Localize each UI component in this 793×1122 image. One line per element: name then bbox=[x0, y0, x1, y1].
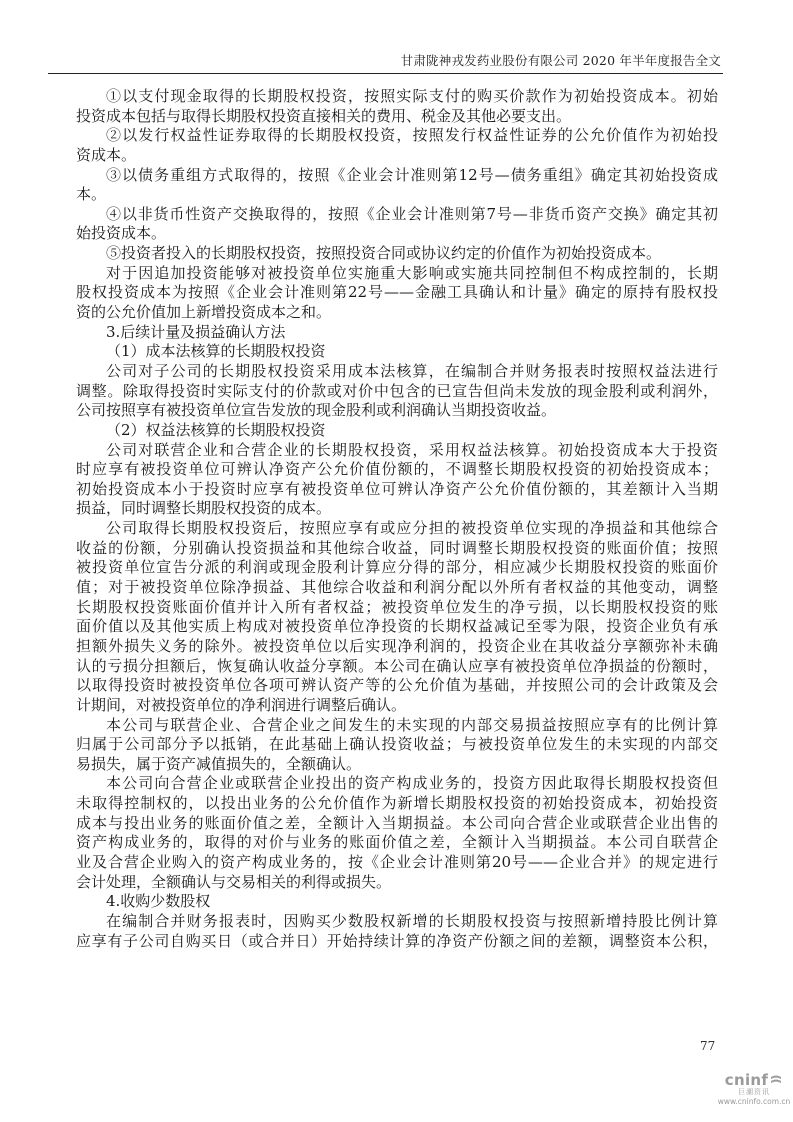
text-line: 以取得投资时被投资单位各项可辨认资产等的公允价值为基础，并按照公司的会计政策及会 bbox=[76, 676, 718, 696]
text-line: 归属于公司部分予以抵销，在此基础上确认投资收益；与被投资单位发生的未实现的内部交 bbox=[76, 735, 718, 755]
text-line: 收益的份额，分别确认投资损益和其他综合收益，同时调整长期股权投资的账面价值；按照 bbox=[76, 539, 718, 559]
text-line: 资产构成业务的，取得的对价与业务的账面价值之差，全额计入当期损益。本公司自联营企 bbox=[76, 833, 718, 853]
text-line: 在编制合并财务报表时，因购买少数股权新增的长期股权投资与按照新增持股比例计算 bbox=[76, 912, 718, 932]
text-line: 本公司与联营企业、合营企业之间发生的未实现的内部交易损益按照应享有的比例计算 bbox=[76, 716, 718, 736]
text-line: 认的亏损分担额后，恢复确认收益分享额。本公司在确认应享有被投资单位净损益的份额时… bbox=[76, 657, 718, 677]
text-line: 时应享有被投资单位可辨认净资产公允价值份额的，不调整长期股权投资的初始投资成本； bbox=[76, 460, 718, 480]
text-line: 3.后续计量及损益确认方法 bbox=[76, 323, 718, 343]
text-line: 面价值以及其他实质上构成对被投资单位净投资的长期权益减记至零为限，投资企业负有承 bbox=[76, 617, 718, 637]
page-header: 甘肃陇神戎发药业股份有限公司 2020 年半年度报告全文 bbox=[48, 49, 723, 74]
text-line: （1）成本法核算的长期股权投资 bbox=[76, 342, 718, 362]
text-line: 资的公允价值加上新增投资成本之和。 bbox=[76, 303, 718, 323]
text-line: 公司对联营企业和合营企业的长期股权投资，采用权益法核算。初始投资成本大于投资 bbox=[76, 441, 718, 461]
text-line: 值；对于被投资单位除净损益、其他综合收益和利润分配以外所有者权益的其他变动，调整 bbox=[76, 578, 718, 598]
page-number: 77 bbox=[700, 1039, 715, 1053]
cninfo-logo-icon bbox=[769, 1073, 783, 1085]
text-line: ③以债务重组方式取得的，按照《企业会计准则第12号—债务重组》确定其初始投资成 bbox=[76, 166, 718, 186]
text-line: ②以发行权益性证券取得的长期股权投资，按照发行权益性证券的公允价值作为初始投 bbox=[76, 126, 718, 146]
document-body: ①以支付现金取得的长期股权投资，按照实际支付的购买价款作为初始投资成本。初始投资… bbox=[76, 87, 718, 951]
text-line: 易损失，属于资产减值损失的，全额确认。 bbox=[76, 755, 718, 775]
text-line: 业及合营企业购入的资产构成业务的，按《企业会计准则第20号——企业合并》的规定进… bbox=[76, 853, 718, 873]
text-line: 公司对子公司的长期股权投资采用成本法核算，在编制合并财务报表时按照权益法进行 bbox=[76, 362, 718, 382]
text-line: 未取得控制权的，以投出业务的公允价值作为新增长期股权投资的初始投资成本，初始投资 bbox=[76, 794, 718, 814]
text-line: 损益，同时调整长期股权投资的成本。 bbox=[76, 499, 718, 519]
text-line: 被投资单位宣告分派的利润或现金股利计算应分得的部分，相应减少长期股权投资的账面价 bbox=[76, 558, 718, 578]
text-line: 成本与投出业务的账面价值之差，全额计入当期损益。本公司向合营企业或联营企业出售的 bbox=[76, 814, 718, 834]
cninfo-watermark: cninf 巨潮资讯 www.cninfo.com.cn bbox=[712, 1072, 793, 1107]
report-title: 甘肃陇神戎发药业股份有限公司 2020 年半年度报告全文 bbox=[401, 51, 721, 69]
text-line: （2）权益法核算的长期股权投资 bbox=[76, 421, 718, 441]
text-line: ⑤投资者投入的长期股权投资，按照投资合同或协议约定的价值作为初始投资成本。 bbox=[76, 244, 718, 264]
text-line: 股权投资成本为按照《企业会计准则第22号——金融工具确认和计量》确定的原持有股权… bbox=[76, 283, 718, 303]
text-line: ①以支付现金取得的长期股权投资，按照实际支付的购买价款作为初始投资成本。初始 bbox=[76, 87, 718, 107]
text-line: 计期间，对被投资单位的净利润进行调整后确认。 bbox=[76, 696, 718, 716]
cninfo-chinese-name: 巨潮资讯 bbox=[712, 1088, 793, 1097]
text-line: 4.收购少数股权 bbox=[76, 892, 718, 912]
text-line: 公司取得长期股权投资后，按照应享有或应分担的被投资单位实现的净损益和其他综合 bbox=[76, 519, 718, 539]
cninfo-url: www.cninfo.com.cn bbox=[712, 1097, 793, 1107]
text-line: 资成本。 bbox=[76, 146, 718, 166]
cninfo-logo: cninf bbox=[712, 1072, 793, 1088]
text-line: 应享有子公司自购买日（或合并日）开始持续计算的净资产份额之间的差额，调整资本公积… bbox=[76, 932, 718, 952]
text-line: 投资成本包括与取得长期股权投资直接相关的费用、税金及其他必要支出。 bbox=[76, 107, 718, 127]
text-line: 对于因追加投资能够对被投资单位实施重大影响或实施共同控制但不构成控制的，长期 bbox=[76, 264, 718, 284]
text-line: ④以非货币性资产交换取得的，按照《企业会计准则第7号—非货币资产交换》确定其初 bbox=[76, 205, 718, 225]
text-line: 调整。除取得投资时实际支付的价款或对价中包含的已宣告但尚未发放的现金股利或利润外… bbox=[76, 382, 718, 402]
text-line: 初始投资成本小于投资时应享有被投资单位可辨认净资产公允价值份额的，其差额计入当期 bbox=[76, 480, 718, 500]
text-line: 公司按照享有被投资单位宣告发放的现金股利或利润确认当期投资收益。 bbox=[76, 401, 718, 421]
text-line: 会计处理，全额确认与交易相关的利得或损失。 bbox=[76, 873, 718, 893]
text-line: 长期股权投资账面价值并计入所有者权益；被投资单位发生的净亏损，以长期股权投资的账 bbox=[76, 598, 718, 618]
text-line: 本。 bbox=[76, 185, 718, 205]
text-line: 本公司向合营企业或联营企业投出的资产构成业务的，投资方因此取得长期股权投资但 bbox=[76, 774, 718, 794]
text-line: 担额外损失义务的除外。被投资单位以后实现净利润的，投资企业在其收益分享额弥补未确 bbox=[76, 637, 718, 657]
cninfo-logo-text: cninf bbox=[725, 1071, 768, 1089]
text-line: 始投资成本。 bbox=[76, 224, 718, 244]
